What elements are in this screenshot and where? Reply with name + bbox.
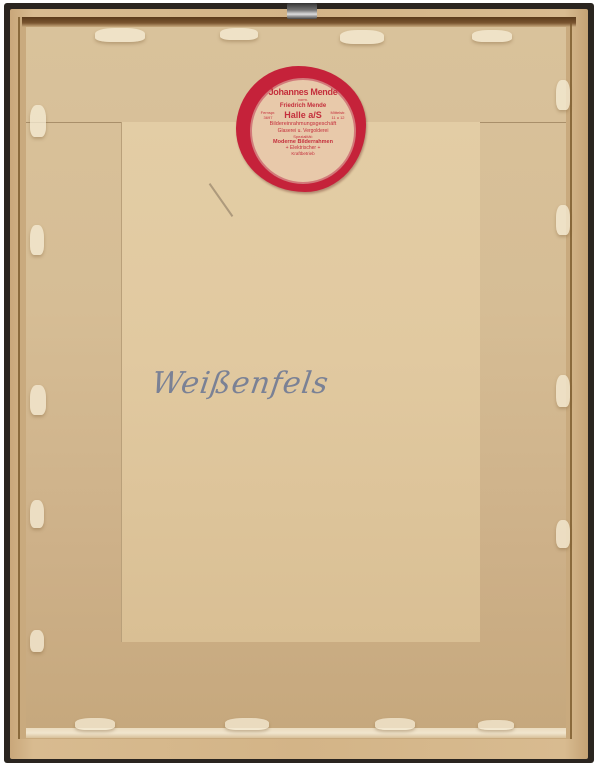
paper-tab: [225, 718, 269, 730]
seal-power: Kraftbetrieb: [252, 152, 354, 157]
paper-tab: [556, 520, 570, 548]
paper-tab: [30, 630, 44, 652]
paper-tab: [30, 225, 44, 255]
paper-tab: [30, 385, 46, 415]
hanging-hook-icon: [287, 3, 317, 19]
seal-services: Glaserei u. Vergolderei: [252, 129, 354, 134]
paper-tab: [478, 720, 514, 730]
seal-trade: Bildereinrahmungsgeschäft: [252, 122, 354, 128]
seal-predecessor: Friedrich Mende: [252, 103, 354, 109]
paper-tab: [556, 375, 570, 407]
paper-tab: [30, 500, 44, 528]
paper-tab: [556, 80, 570, 110]
seal-company-name: Johannes Mende: [252, 88, 354, 97]
seal-phone: Fernspr. 3697: [258, 111, 278, 120]
paper-tab: [340, 30, 384, 44]
paper-tab: [472, 30, 512, 42]
seal-city-row: Fernspr. 3697 Halle a/S Mittelstr. 11 u …: [252, 111, 354, 120]
seal-address: Mittelstr. 11 u 12: [328, 111, 348, 120]
seal-center: Johannes Mende vorm. Friedrich Mende Fer…: [250, 78, 356, 184]
seal-specialty-label: Spezialität:: [252, 135, 354, 139]
paper-tab: [30, 105, 46, 137]
pencil-inscription: Weißenfels: [150, 366, 332, 401]
framer-label-seal: Johannes Mende vorm. Friedrich Mende Fer…: [236, 66, 366, 192]
seal-city: Halle a/S: [284, 111, 322, 120]
seal-formerly: vorm.: [252, 98, 354, 102]
paper-tab: [95, 28, 145, 42]
paper-tab: [220, 28, 258, 40]
paper-tab: [75, 718, 115, 730]
paper-tab: [375, 718, 415, 730]
paper-tab: [556, 205, 570, 235]
